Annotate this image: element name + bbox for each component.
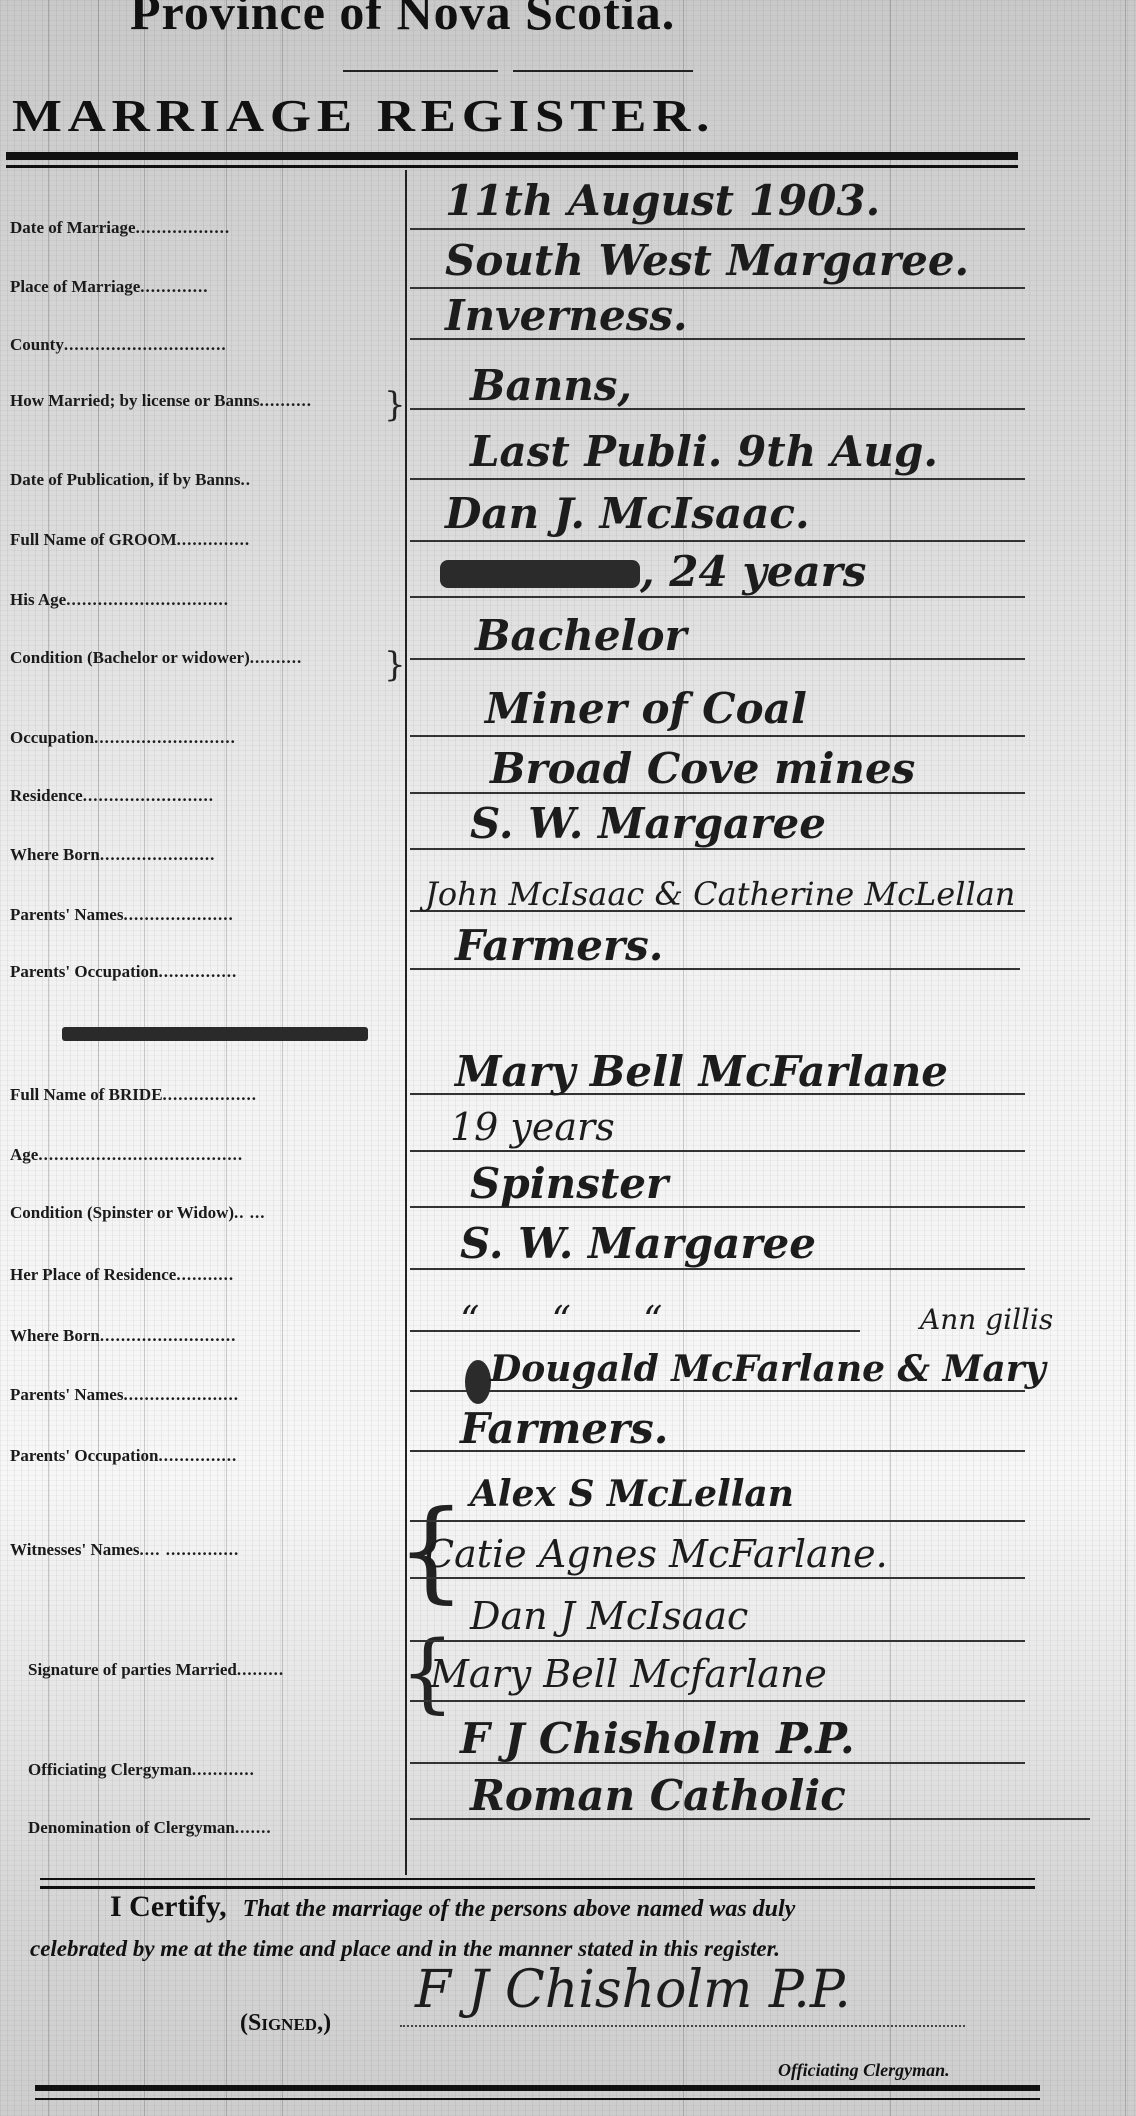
entry-parents-occupation: Farmers. — [455, 922, 663, 970]
entry-line — [410, 228, 1025, 230]
header-rule-thin — [6, 165, 1018, 168]
clergyman-signature: F J Chisholm P.P. — [415, 1960, 851, 2020]
entry-place-of-marriage: South West Margaree. — [445, 237, 969, 285]
field-label-residence: Residence......................... — [10, 786, 214, 806]
province-title: Province of Nova Scotia. — [130, 0, 930, 42]
field-label-bride-age: Age.....................................… — [10, 1145, 243, 1165]
entry-line — [410, 1640, 1025, 1642]
entry-bride-parents-names: Dougald McFarlane & Mary — [490, 1345, 1046, 1393]
field-label-bride-name: Full Name of BRIDE.................. — [10, 1085, 257, 1105]
entry-where-born: S. W. Margaree — [470, 800, 826, 848]
field-label-where-born: Where Born...................... — [10, 845, 215, 865]
entry-line — [410, 1700, 1025, 1702]
entry-bride-age: 19 years — [450, 1103, 615, 1151]
ink-blot — [465, 1360, 491, 1404]
field-label-how-married: How Married; by license or Banns........… — [10, 392, 380, 410]
field-label-parents-names: Parents' Names..................... — [10, 905, 234, 925]
entry-line — [410, 478, 1025, 480]
field-label-bride-residence: Her Place of Residence........... — [10, 1265, 234, 1285]
bottom-rule — [35, 2085, 1040, 2091]
entry-line — [410, 287, 1025, 289]
field-label-officiating-clergyman: Officiating Clergyman............ — [28, 1760, 255, 1780]
entry-county: Inverness. — [445, 292, 688, 340]
entry-bride-name: Mary Bell McFarlane — [455, 1048, 948, 1096]
entry-occupation: Miner of Coal — [485, 685, 807, 733]
title-ornament — [343, 68, 693, 74]
field-label-signatures: Signature of parties Married......... — [28, 1660, 284, 1680]
entry-denomination: Roman Catholic — [470, 1772, 846, 1820]
entry-groom-name: Dan J. McIsaac. — [445, 490, 810, 538]
entry-bride-where-born: “ “ “ — [460, 1296, 692, 1344]
field-label-occupation: Occupation........................... — [10, 728, 236, 748]
field-label-bride-parents-names: Parents' Names...................... — [10, 1385, 239, 1405]
field-label-witnesses: Witnesses' Names.... .............. — [10, 1540, 239, 1560]
certify-top-rule — [40, 1878, 1035, 1880]
brace-icon: } — [384, 385, 406, 425]
paper-streak — [98, 0, 99, 2116]
brace-icon: } — [384, 645, 406, 685]
header-rule — [6, 152, 1018, 160]
signature-line — [400, 2025, 965, 2027]
field-label-bride-where-born: Where Born.......................... — [10, 1326, 236, 1346]
field-label-groom-condition: Condition (Bachelor or widower).........… — [10, 648, 302, 668]
entry-line — [410, 735, 1025, 737]
field-label-date-of-publication: Date of Publication, if by Banns.. — [10, 470, 251, 490]
field-label-groom-name: Full Name of GROOM.............. — [10, 530, 250, 550]
section-separator-bar — [62, 1027, 368, 1041]
signed-label: (Signed,) — [240, 2010, 331, 2037]
officiating-caption: Officiating Clergyman. — [778, 2060, 950, 2081]
certify-text-1: That the marriage of the persons above n… — [243, 1896, 796, 1922]
field-label-parents-occupation: Parents' Occupation............... — [10, 962, 237, 982]
entry-bride-residence: S. W. Margaree — [460, 1220, 816, 1268]
entry-bride-parents-occupation: Farmers. — [460, 1405, 668, 1453]
bottom-rule-thin — [35, 2098, 1040, 2100]
certify-text-2: celebrated by me at the time and place a… — [30, 1936, 780, 1962]
entry-residence: Broad Cove mines — [490, 745, 915, 793]
paper-streak — [226, 0, 227, 2116]
paper-streak — [48, 0, 49, 2116]
entry-line — [410, 848, 1025, 850]
entry-line — [410, 596, 1025, 598]
annotation-ann-gillis: Ann gillis — [920, 1296, 1053, 1344]
field-label-bride-parents-occupation: Parents' Occupation............... — [10, 1446, 237, 1466]
paper-streak — [144, 0, 145, 2116]
entry-witness-2: Catie Agnes McFarlane. — [425, 1530, 888, 1578]
field-label-place-of-marriage: Place of Marriage............. — [10, 277, 209, 297]
paper-streak — [282, 0, 283, 2116]
field-label-county: County............................... — [10, 335, 227, 355]
struck-out-ink-blot — [440, 560, 640, 588]
entry-date-of-marriage: 11th August 1903. — [445, 177, 880, 225]
field-label-bride-condition: Condition (Spinster or Widow).. ... — [10, 1203, 266, 1223]
entry-groom-condition: Bachelor — [475, 612, 687, 660]
entry-his-age: , 24 years — [640, 548, 866, 596]
field-label-his-age: His Age............................... — [10, 590, 229, 610]
entry-line — [410, 1268, 1025, 1270]
entry-line — [410, 540, 1025, 542]
entry-officiating-clergyman: F J Chisholm P.P. — [460, 1715, 855, 1763]
column-divider — [405, 170, 407, 1875]
field-label-denomination: Denomination of Clergyman....... — [28, 1818, 272, 1838]
page-title: MARRIAGE REGISTER. — [12, 88, 715, 144]
paper-streak — [1125, 0, 1126, 2116]
certify-top-rule-2 — [40, 1886, 1035, 1889]
entry-date-of-publication: Last Publi. 9th Aug. — [470, 428, 938, 476]
certify-line-1: I Certify, That the marriage of the pers… — [110, 1890, 795, 1924]
entry-how-married: Banns, — [470, 362, 632, 410]
entry-parents-names: John McIsaac & Catherine McLellan — [425, 870, 1015, 918]
entry-signature-bride: Mary Bell Mcfarlane — [430, 1650, 827, 1698]
entry-signature-groom: Dan J McIsaac — [470, 1592, 748, 1640]
entry-bride-condition: Spinster — [470, 1160, 668, 1208]
field-label-date-of-marriage: Date of Marriage.................. — [10, 218, 230, 238]
entry-line — [410, 1520, 1025, 1522]
certify-lead: I Certify, — [110, 1890, 227, 1923]
entry-witness-1: Alex S McLellan — [470, 1470, 794, 1518]
